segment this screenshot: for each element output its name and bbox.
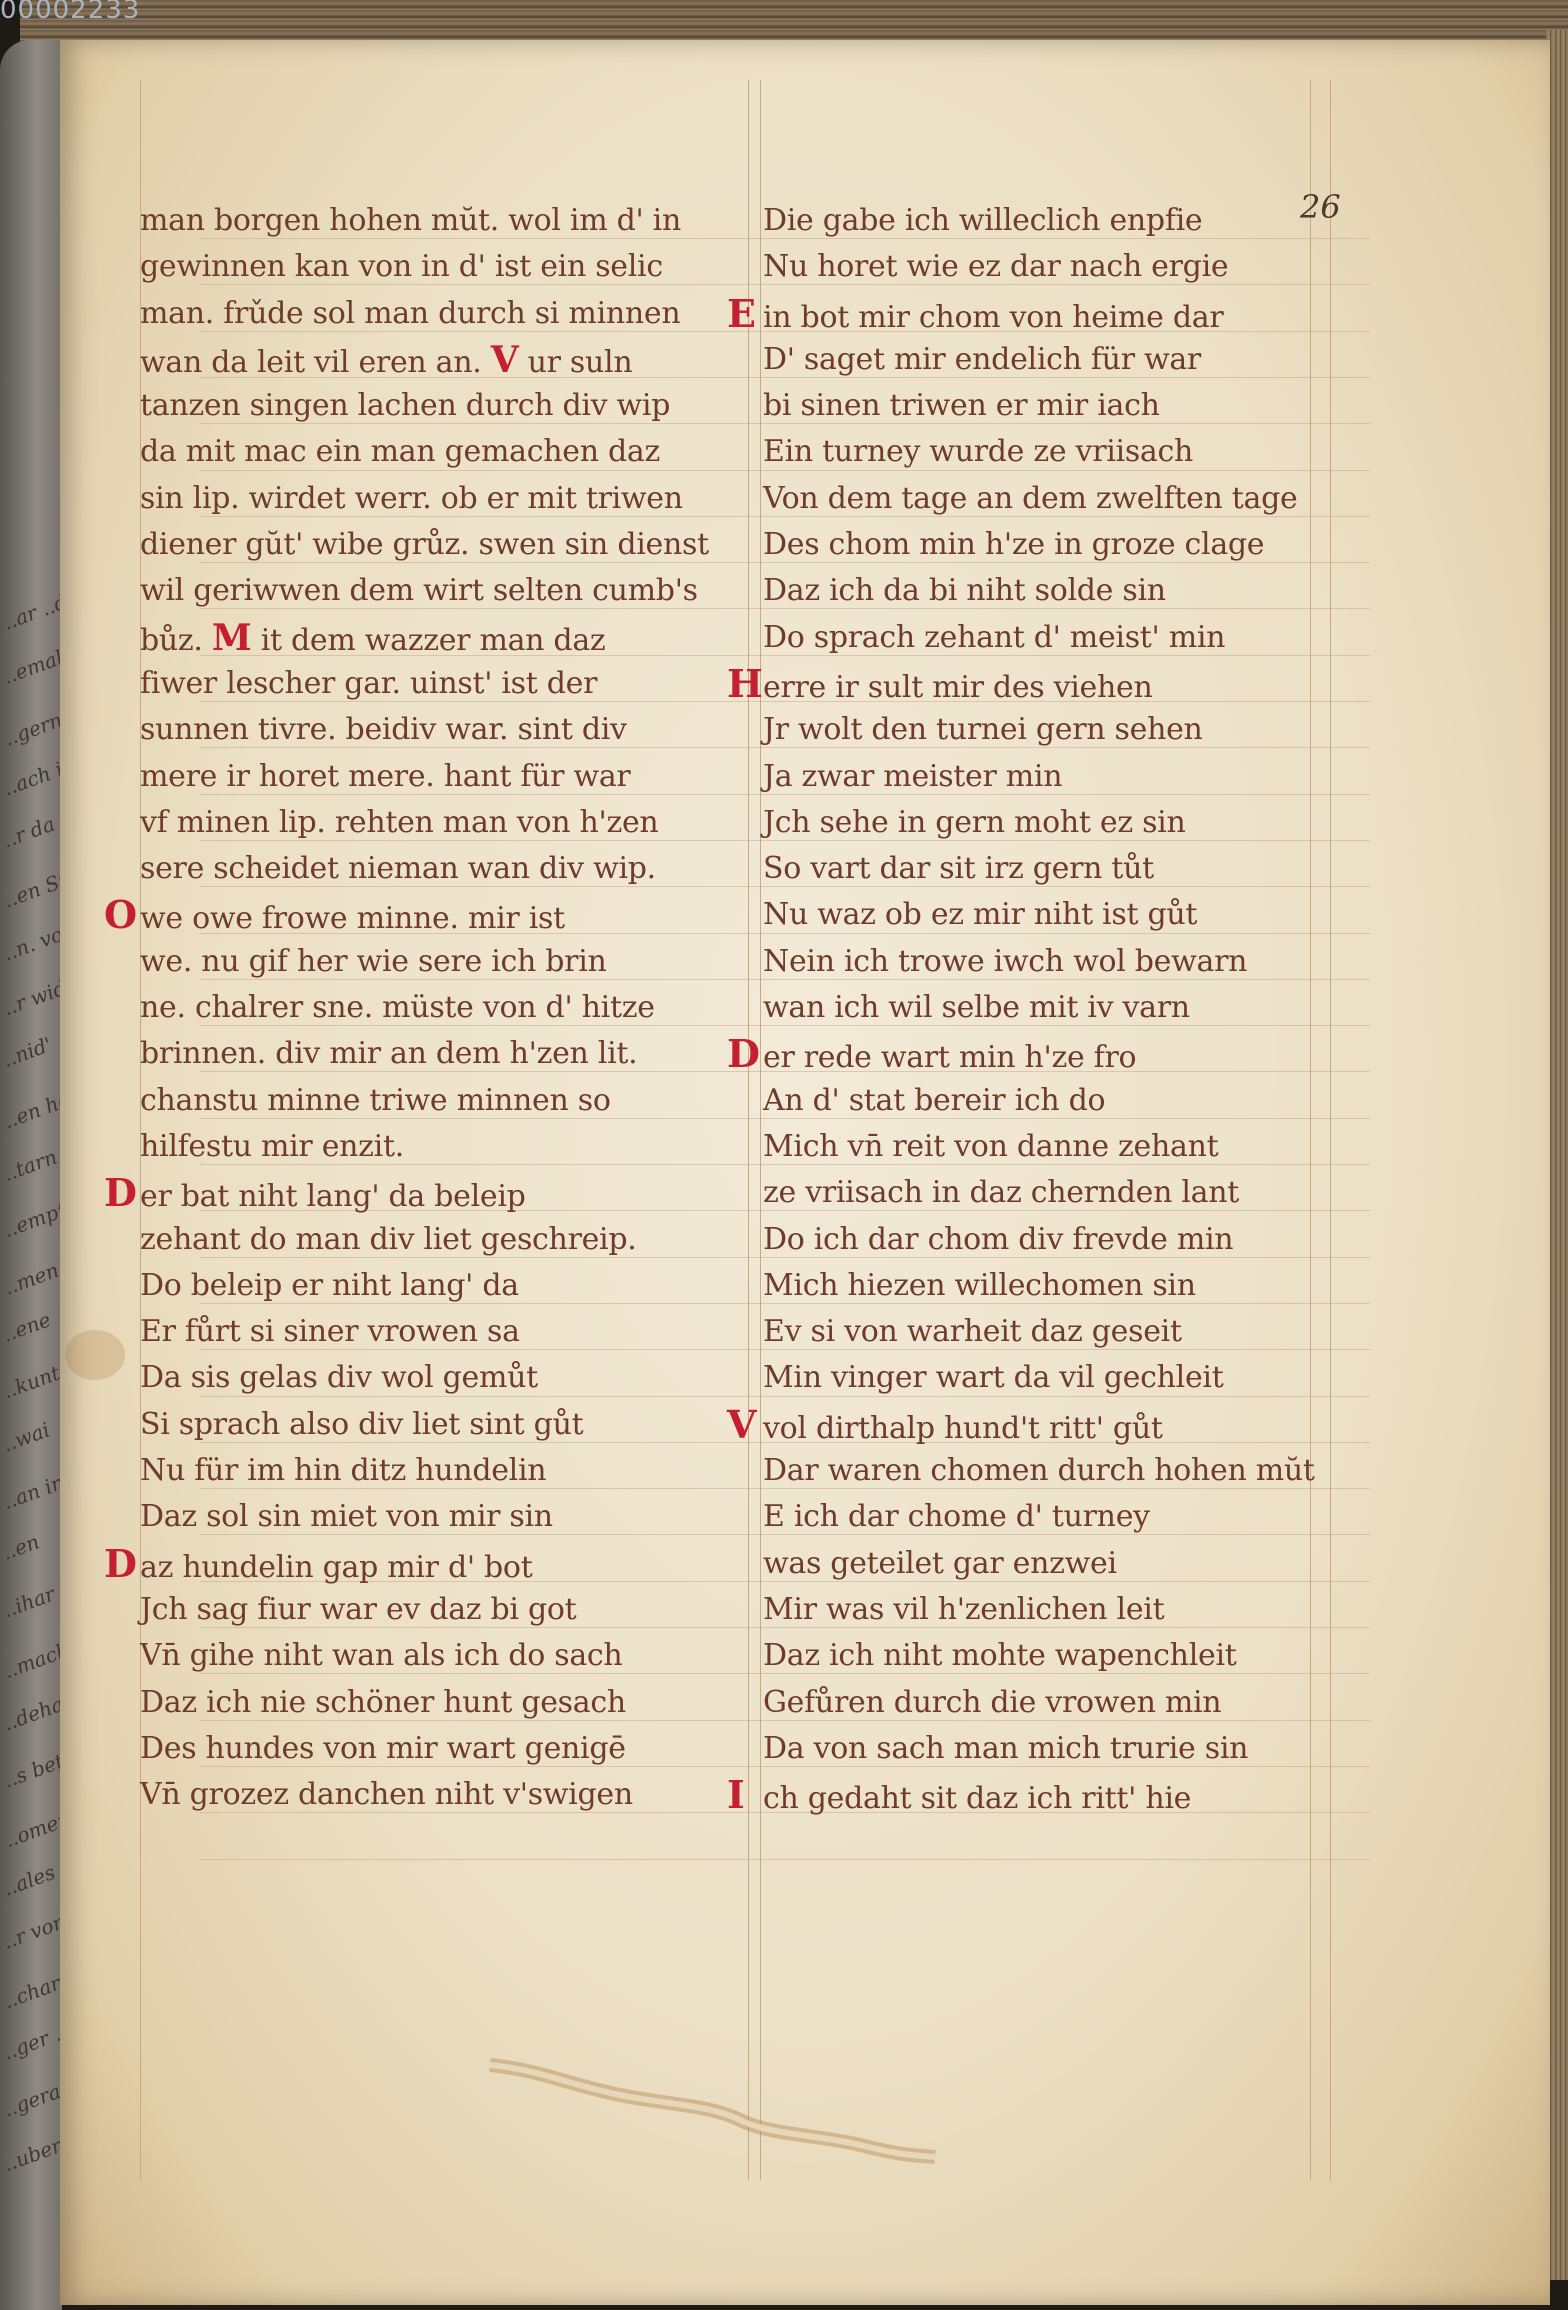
facing-page-text: ..en Sun xyxy=(0,861,62,912)
verse-line: chanstu minne triwe minnen so xyxy=(140,1078,740,1124)
verse-text: wil geriwwen dem wirt selten cumb's xyxy=(140,573,698,608)
facing-page-edge: ..ar ..d..emal..gern wol..ach ir..r da..… xyxy=(0,40,62,2310)
stain xyxy=(65,1330,125,1380)
verse-text: vf minen lip. rehten man von h'zen xyxy=(140,805,658,840)
rubricated-initial: D xyxy=(727,1031,763,1077)
verse-line: vf minen lip. rehten man von h'zen xyxy=(140,800,740,846)
verse-line: Daz hundelin gap mir d' bot xyxy=(140,1541,740,1587)
verse-text: bůz. xyxy=(140,623,212,658)
verse-text: mere ir horet mere. hant für war xyxy=(140,759,630,794)
verse-line: Daz ich nie schöner hunt gesach xyxy=(140,1680,740,1726)
verse-text: in bot mir chom von heime dar xyxy=(763,300,1223,335)
verse-text: Mir was vil h'zenlichen leit xyxy=(763,1592,1164,1627)
verse-text: Daz ich niht mohte wapenchleit xyxy=(763,1638,1237,1673)
facing-page-text: ..ger .. xyxy=(0,2019,62,2064)
verse-text: Daz sol sin miet von mir sin xyxy=(140,1499,553,1534)
facing-page-text: ..ach ir xyxy=(0,754,62,801)
facing-page-text: ..r vor xyxy=(0,1910,62,1954)
facing-page-text: ..nid' xyxy=(0,1032,55,1072)
verse-line: Nu horet wie ez dar nach ergie xyxy=(735,244,1335,290)
verse-line: An d' stat bereir ich do xyxy=(735,1078,1335,1124)
verse-line: sunnen tivre. beidiv war. sint div xyxy=(140,707,740,753)
verse-text: vol dirthalp hund't ritt' gůt xyxy=(763,1411,1163,1446)
verse-line: D' saget mir endelich für war xyxy=(735,337,1335,383)
facing-page-text: ..tarn .. xyxy=(0,1138,62,1186)
verse-line: Mir was vil h'zenlichen leit xyxy=(735,1587,1335,1633)
rubricated-initial: O xyxy=(104,892,140,938)
verse-line: So vart dar sit irz gern tůt xyxy=(735,846,1335,892)
verse-text: ne. chalrer sne. müste von d' hitze xyxy=(140,990,655,1025)
verse-line: zehant do man div liet geschreip. xyxy=(140,1217,740,1263)
verse-text: wan ich wil selbe mit iv varn xyxy=(763,990,1190,1025)
verse-line: we. nu gif her wie sere ich brin xyxy=(140,939,740,985)
verse-line: Jch sehe in gern moht ez sin xyxy=(735,800,1335,846)
verse-text: Nu waz ob ez mir niht ist gůt xyxy=(763,897,1197,932)
verse-line: bůz. M it dem wazzer man daz xyxy=(140,615,740,661)
parchment-repair-seam xyxy=(480,2045,940,2165)
verse-text: diener gŭt' wibe grůz. swen sin dienst xyxy=(140,527,709,562)
verse-line: Do ich dar chom div frevde min xyxy=(735,1217,1335,1263)
facing-page-text: ..ar ..d xyxy=(0,589,62,634)
verse-line: Dar waren chomen durch hohen mŭt xyxy=(735,1448,1335,1494)
verse-text: Si sprach also div liet sint gůt xyxy=(140,1407,583,1442)
facing-page-text: ..n. vor xyxy=(0,919,62,966)
verse-line: da mit mac ein man gemachen daz xyxy=(140,429,740,475)
verse-line: Da sis gelas div wol gemůt xyxy=(140,1355,740,1401)
text-column-right: Die gabe ich willeclich enpfieNu horet w… xyxy=(735,198,1335,1818)
verse-line: sere scheidet nieman wan div wip. xyxy=(140,846,740,892)
rubricated-initial: E xyxy=(727,291,763,337)
verse-text: Vn̄ grozez danchen niht v'swigen xyxy=(140,1777,633,1812)
verse-text: ch gedaht sit daz ich ritt' hie xyxy=(763,1781,1191,1816)
facing-page-text: ..ales .. xyxy=(0,1853,62,1900)
verse-text: was geteilet gar enzwei xyxy=(763,1546,1117,1581)
verse-line: Si sprach also div liet sint gůt xyxy=(140,1402,740,1448)
verse-line: Nein ich trowe iwch wol bewarn xyxy=(735,939,1335,985)
verse-text: Mich hiezen willechomen sin xyxy=(763,1268,1196,1303)
verse-line: Ein turney wurde ze vriisach xyxy=(735,429,1335,475)
verse-line: fiwer lescher gar. uinst' ist der xyxy=(140,661,740,707)
verse-line: Nu waz ob ez mir niht ist gůt xyxy=(735,892,1335,938)
verse-text: gewinnen kan von in d' ist ein selic xyxy=(140,249,663,284)
verse-text: chanstu minne triwe minnen so xyxy=(140,1083,611,1118)
facing-page-text: ..dehar xyxy=(0,1688,62,1735)
verse-line: brinnen. div mir an dem h'zen lit. xyxy=(140,1031,740,1077)
verse-line: Von dem tage an dem zwelften tage xyxy=(735,476,1335,522)
verse-text: brinnen. div mir an dem h'zen lit. xyxy=(140,1036,637,1071)
verse-line: wan da leit vil eren an. V ur suln xyxy=(140,337,740,383)
facing-page-text: ..an in xyxy=(0,1470,62,1514)
verse-text: da mit mac ein man gemachen daz xyxy=(140,434,660,469)
verse-text: D' saget mir endelich für war xyxy=(763,342,1201,377)
verse-line: wil geriwwen dem wirt selten cumb's xyxy=(140,568,740,614)
verse-line: Mich hiezen willechomen sin xyxy=(735,1263,1335,1309)
rubricated-initial: H xyxy=(727,661,763,707)
facing-page-text: ..kunt xyxy=(0,1361,62,1404)
verse-text: Mich vn̄ reit von danne zehant xyxy=(763,1129,1218,1164)
verse-line: Da von sach man mich trurie sin xyxy=(735,1726,1335,1772)
facing-page-text: ..mach .. xyxy=(1,1631,62,1683)
verse-text: sere scheidet nieman wan div wip. xyxy=(140,851,656,886)
verse-text: ze vriisach in daz chernden lant xyxy=(763,1175,1239,1210)
facing-page-text: ..r da xyxy=(0,812,58,853)
verse-line: Ja zwar meister min xyxy=(735,754,1335,800)
verse-text: we. nu gif her wie sere ich brin xyxy=(140,944,607,979)
verse-text: er rede wart min h'ze fro xyxy=(763,1040,1136,1075)
facing-page-text: ..omen wid xyxy=(1,1792,62,1853)
facing-page-text: ..empfie xyxy=(0,1192,62,1242)
verse-line: Daz ich niht mohte wapenchleit xyxy=(735,1633,1335,1679)
verse-line: Min vinger wart da vil gechleit xyxy=(735,1355,1335,1401)
verse-line: Gefůren durch die vrowen min xyxy=(735,1680,1335,1726)
verse-text: Vn̄ gihe niht wan als ich do sach xyxy=(140,1638,622,1673)
facing-page-text: ..s beter xyxy=(0,1741,62,1792)
verse-line: Daz sol sin miet von mir sin xyxy=(140,1494,740,1540)
verse-line: mere ir horet mere. hant für war xyxy=(140,754,740,800)
verse-line: Ich gedaht sit daz ich ritt' hie xyxy=(735,1772,1335,1818)
verse-text: Daz ich nie schöner hunt gesach xyxy=(140,1685,626,1720)
facing-page-text: ..ihar xyxy=(0,1582,58,1623)
verse-text: fiwer lescher gar. uinst' ist der xyxy=(140,666,597,701)
facing-page-text: ..geran, xyxy=(0,2072,62,2121)
verse-text: Des chom min h'ze in groze clage xyxy=(763,527,1264,562)
rubricated-initial: I xyxy=(727,1772,763,1818)
verse-text: Nu horet wie ez dar nach ergie xyxy=(763,249,1228,284)
verse-line: tanzen singen lachen durch div wip xyxy=(140,383,740,429)
verse-line: Herre ir sult mir des viehen xyxy=(735,661,1335,707)
verse-text: Dar waren chomen durch hohen mŭt xyxy=(763,1453,1315,1488)
facing-page-text: ..men gr.. xyxy=(1,1244,62,1299)
verse-line: hilfestu mir enzit. xyxy=(140,1124,740,1170)
verse-line: Nu für im hin ditz hundelin xyxy=(140,1448,740,1494)
verse-line: gewinnen kan von in d' ist ein selic xyxy=(140,244,740,290)
verse-text: Do beleip er niht lang' da xyxy=(140,1268,519,1303)
verse-line: Vn̄ gihe niht wan als ich do sach xyxy=(140,1633,740,1679)
verse-text: Do ich dar chom div frevde min xyxy=(763,1222,1233,1257)
verse-line: was geteilet gar enzwei xyxy=(735,1541,1335,1587)
verse-line: Jch sag fiur war ev daz bi got xyxy=(140,1587,740,1633)
verse-text: Ein turney wurde ze vriisach xyxy=(763,434,1193,469)
verse-text: man borgen hohen mŭt. wol im d' in xyxy=(140,203,681,238)
verse-line: Owe owe frowe minne. mir ist xyxy=(140,892,740,938)
verse-text: Nein ich trowe iwch wol bewarn xyxy=(763,944,1247,979)
verse-line: Mich vn̄ reit von danne zehant xyxy=(735,1124,1335,1170)
verse-text: Min vinger wart da vil gechleit xyxy=(763,1360,1223,1395)
catalog-id: 00002233 xyxy=(0,0,140,20)
facing-page-text: ..ene xyxy=(0,1307,54,1346)
verse-line: E ich dar chome d' turney xyxy=(735,1494,1335,1540)
facing-page-text: ..uben.. xyxy=(0,2128,62,2176)
verse-line: Des hundes von mir wart genigē xyxy=(140,1726,740,1772)
verse-text: Er fůrt si siner vrowen sa xyxy=(140,1314,520,1349)
verse-line: man. frǔde sol man durch si minnen xyxy=(140,291,740,337)
verse-line: Er fůrt si siner vrowen sa xyxy=(140,1309,740,1355)
facing-page-text: ..r wid' xyxy=(0,974,62,1021)
verse-text: az hundelin gap mir d' bot xyxy=(140,1550,532,1585)
verse-text: sin lip. wirdet werr. ob er mit triwen xyxy=(140,481,683,516)
verse-line: Ev si von warheit daz geseit xyxy=(735,1309,1335,1355)
verse-text: So vart dar sit irz gern tůt xyxy=(763,851,1154,886)
verse-text: hilfestu mir enzit. xyxy=(140,1129,404,1164)
rubricated-initial: D xyxy=(104,1170,140,1216)
verse-text: Do sprach zehant d' meist' min xyxy=(763,620,1225,655)
verse-line: Der bat niht lang' da beleip xyxy=(140,1170,740,1216)
verse-line: Der rede wart min h'ze fro xyxy=(735,1031,1335,1077)
verse-line: Ein bot mir chom von heime dar xyxy=(735,291,1335,337)
verse-line: Vvol dirthalp hund't ritt' gůt xyxy=(735,1402,1335,1448)
verse-text: Nu für im hin ditz hundelin xyxy=(140,1453,546,1488)
verse-line: ze vriisach in daz chernden lant xyxy=(735,1170,1335,1216)
verse-text: Die gabe ich willeclich enpfie xyxy=(763,203,1202,238)
verse-text: E ich dar chome d' turney xyxy=(763,1499,1150,1534)
verse-line: ne. chalrer sne. müste von d' hitze xyxy=(140,985,740,1031)
rubricated-initial: V xyxy=(727,1402,763,1448)
verse-text: Von dem tage an dem zwelften tage xyxy=(763,481,1298,516)
verse-line: Vn̄ grozez danchen niht v'swigen xyxy=(140,1772,740,1818)
verse-text: man. frǔde sol man durch si minnen xyxy=(140,296,680,331)
verse-text: Da sis gelas div wol gemůt xyxy=(140,1360,538,1395)
text-column-left: man borgen hohen mŭt. wol im d' ingewinn… xyxy=(140,198,740,1818)
verse-text: Ev si von warheit daz geseit xyxy=(763,1314,1182,1349)
verse-text: zehant do man div liet geschreip. xyxy=(140,1222,637,1257)
facing-page-text: ..chari si xyxy=(1,1961,62,2014)
verse-line: Jr wolt den turnei gern sehen xyxy=(735,707,1335,753)
verse-text: Gefůren durch die vrowen min xyxy=(763,1685,1221,1720)
verse-text: tanzen singen lachen durch div wip xyxy=(140,388,670,423)
verse-text: Jr wolt den turnei gern sehen xyxy=(763,712,1203,747)
verse-line: sin lip. wirdet werr. ob er mit triwen xyxy=(140,476,740,522)
facing-page-text: ..gern wol xyxy=(1,693,62,750)
verse-line: bi sinen triwen er mir iach xyxy=(735,383,1335,429)
verse-line: Do sprach zehant d' meist' min xyxy=(735,615,1335,661)
verse-line: man borgen hohen mŭt. wol im d' in xyxy=(140,198,740,244)
facing-page-text: ..emal xyxy=(0,645,62,689)
verse-text: Daz ich da bi niht solde sin xyxy=(763,573,1166,608)
verse-line: Des chom min h'ze in groze clage xyxy=(735,522,1335,568)
facing-page-text: ..en herr xyxy=(1,1081,62,1134)
verse-text: An d' stat bereir ich do xyxy=(763,1083,1105,1118)
verse-text: ur suln xyxy=(518,345,632,380)
verse-line: Die gabe ich willeclich enpfie xyxy=(735,198,1335,244)
verse-text: it dem wazzer man daz xyxy=(251,623,605,658)
ruling-line xyxy=(200,1859,1370,1860)
verse-text: wan da leit vil eren an. xyxy=(140,345,491,380)
verse-line: Daz ich da bi niht solde sin xyxy=(735,568,1335,614)
rubricated-initial: M xyxy=(212,617,252,659)
verse-text: erre ir sult mir des viehen xyxy=(763,670,1153,705)
rubricated-initial: D xyxy=(104,1541,140,1587)
verse-text: sunnen tivre. beidiv war. sint div xyxy=(140,712,627,747)
verse-text: bi sinen triwen er mir iach xyxy=(763,388,1160,423)
facing-page-text: ..en xyxy=(0,1529,42,1564)
facing-page-text: ..wai xyxy=(0,1417,53,1456)
verse-text: Jch sehe in gern moht ez sin xyxy=(763,805,1185,840)
rubricated-initial: V xyxy=(491,339,519,381)
verse-text: Jch sag fiur war ev daz bi got xyxy=(140,1592,576,1627)
verse-line: diener gŭt' wibe grůz. swen sin dienst xyxy=(140,522,740,568)
verse-line: Do beleip er niht lang' da xyxy=(140,1263,740,1309)
verse-text: er bat niht lang' da beleip xyxy=(140,1179,526,1214)
verse-text: Da von sach man mich trurie sin xyxy=(763,1731,1248,1766)
verse-line: wan ich wil selbe mit iv varn xyxy=(735,985,1335,1031)
verse-text: Des hundes von mir wart genigē xyxy=(140,1731,626,1766)
verse-text: Ja zwar meister min xyxy=(763,759,1062,794)
verse-text: we owe frowe minne. mir ist xyxy=(140,901,565,936)
